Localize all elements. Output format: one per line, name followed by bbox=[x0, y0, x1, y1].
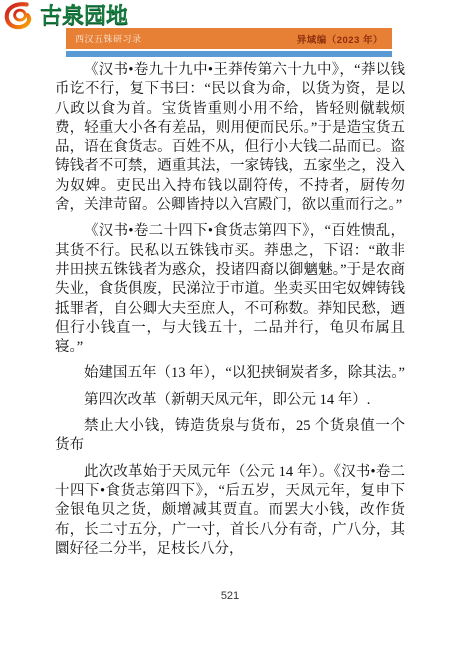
coin-swirl-logo-icon bbox=[3, 2, 37, 30]
paragraph: 始建国五年（13 年），“以犯挟铜炭者多，除其法。” bbox=[55, 364, 405, 383]
site-logo[interactable]: 古泉园地 bbox=[3, 2, 128, 30]
chapter-banner: 西汉五铢研习录 异域编（2023 年） bbox=[66, 28, 392, 49]
banner-book-title: 西汉五铢研习录 bbox=[75, 32, 142, 45]
paragraph: 《汉书•卷九十九中•王莽传第六十九中》，“莽以钱币讫不行，复下书曰：“民以食为命… bbox=[55, 61, 405, 215]
document-body: 《汉书•卷九十九中•王莽传第六十九中》，“莽以钱币讫不行，复下书曰：“民以食为命… bbox=[55, 61, 405, 566]
paragraph: 禁止大小钱，铸造货泉与货布，25 个货泉值一个货布 bbox=[55, 417, 405, 456]
banner-accent-bar bbox=[66, 51, 392, 57]
page-number: 521 bbox=[55, 590, 405, 602]
banner-volume-title: 异域编（2023 年） bbox=[297, 32, 383, 46]
paragraph: 《汉书•卷二十四下•食货志第四下》，“百姓愦乱，其货不行。民私以五铢钱市买。莽患… bbox=[55, 222, 405, 357]
site-logo-text: 古泉园地 bbox=[40, 5, 128, 27]
paragraph: 第四次改革（新朝天凤元年，即公元 14 年）. bbox=[55, 391, 405, 410]
paragraph: 此次改革始于天凤元年（公元 14 年）。《汉书•卷二十四下•食货志第四下》，“后… bbox=[55, 463, 405, 559]
